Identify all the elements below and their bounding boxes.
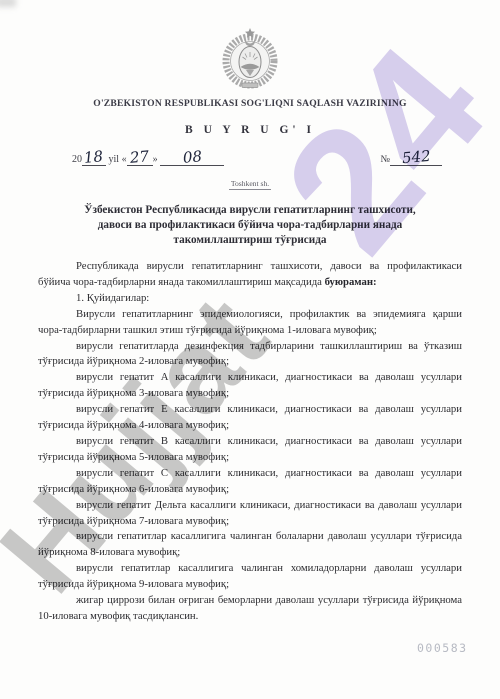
scanned-order-page: O'ZBEKISTON RESPUBLIKASI SOG'LIQNI SAQLA… — [0, 0, 500, 699]
order-heading: B U Y R U G' I — [0, 124, 500, 136]
city-line: Toshkent sh. — [0, 179, 500, 188]
order-title-line-3: такомиллаштириш тўғрисида — [0, 233, 500, 248]
uzbekistan-state-emblem-icon — [221, 26, 279, 90]
order-title: Ўзбекистон Республикасида вирусли гепати… — [0, 203, 500, 248]
order-verb: буюраман: — [325, 276, 377, 288]
number-field: №542 — [380, 150, 442, 166]
clause-paragraph: вирусли гепатитлар касаллигига чалинган … — [38, 561, 462, 593]
order-body: Республикада вирусли гепатитларнинг ташх… — [38, 259, 462, 625]
preamble-paragraph: Республикада вирусли гепатитларнинг ташх… — [38, 259, 462, 291]
stamped-serial-number: 000583 — [417, 641, 468, 655]
clause-paragraph: вирусли гепатит А касаллиги клиникаси, д… — [38, 370, 462, 402]
clause-paragraph: жигар циррози билан оғриган беморларни д… — [38, 593, 462, 625]
handwritten-month: 08 — [182, 149, 202, 166]
clause-paragraph: вирусли гепатит В касаллиги клиникаси, д… — [38, 434, 462, 466]
date-field: 2018 yil «27» 08 — [72, 150, 224, 166]
year-prefix: 20 — [72, 154, 82, 165]
date-and-number-row: 2018 yil «27» 08 №542 — [72, 150, 442, 166]
item-1-lead: 1. Қуйидагилар: — [38, 291, 462, 307]
yil-label: yil — [109, 154, 120, 165]
order-title-line-1: Ўзбекистон Республикасида вирусли гепати… — [0, 203, 500, 218]
order-title-line-2: давоси ва профилактикаси бўйича чора-тад… — [0, 218, 500, 233]
number-label: № — [380, 154, 390, 165]
handwritten-day: 27 — [129, 149, 149, 166]
clause-paragraph: вирусли гепатит Е касаллиги клиникаси, д… — [38, 402, 462, 434]
clause-paragraph: вирусли гепатитлар касаллигига чалинган … — [38, 529, 462, 561]
handwritten-order-number: 542 — [401, 149, 431, 166]
handwritten-year: 18 — [84, 149, 104, 166]
ministry-title: O'ZBEKISTON RESPUBLIKASI SOG'LIQNI SAQLA… — [0, 98, 500, 109]
clause-paragraph: Вирусли гепатитларнинг эпидемиологияси, … — [38, 307, 462, 339]
quote-close: » — [153, 154, 158, 165]
clause-paragraph: вирусли гепатит Дельта касаллиги клиника… — [38, 498, 462, 530]
clause-paragraph: вирусли гепатит С касаллиги клиникаси, д… — [38, 466, 462, 498]
scan-smudge — [0, 0, 16, 7]
clause-paragraph: вирусли гепатитларда дезинфекция тадбирл… — [38, 339, 462, 371]
